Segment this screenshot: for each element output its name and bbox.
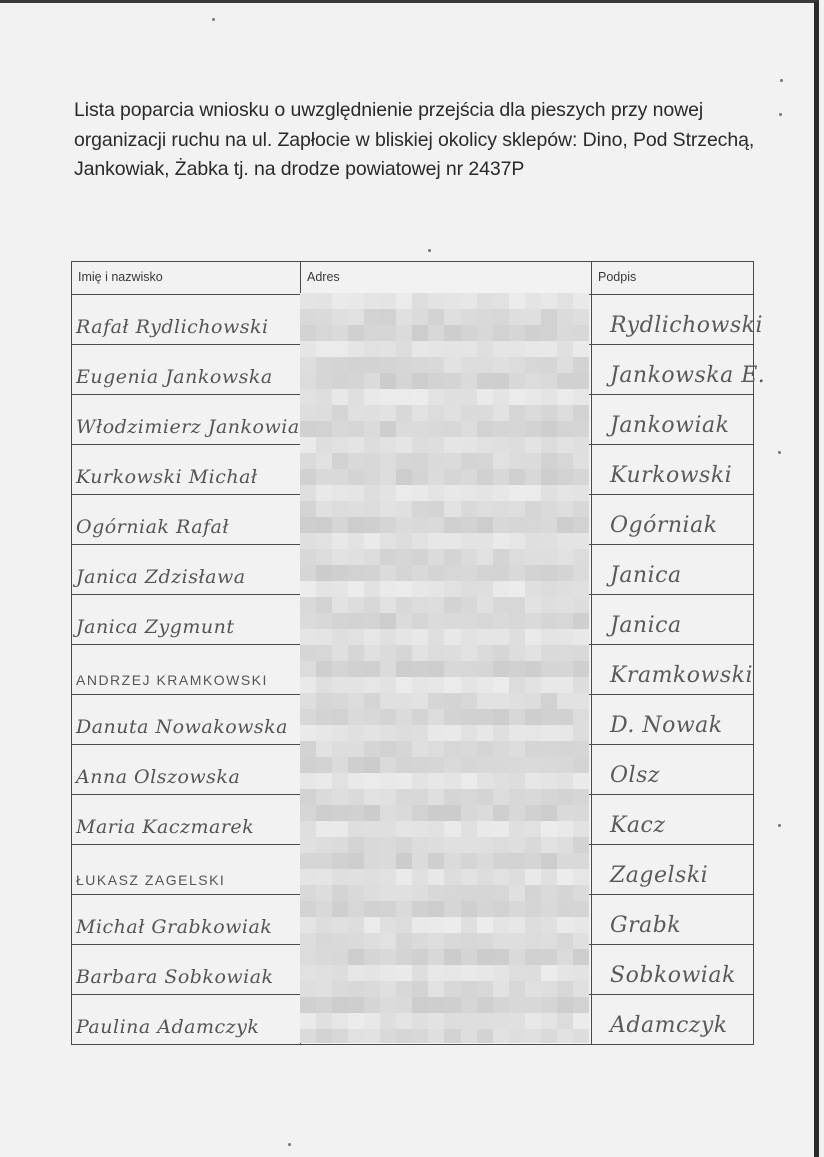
handwritten-name: Eugenia Jankowska: [76, 366, 273, 388]
signature-cell: Jankowiak: [592, 395, 753, 444]
signature-cell: Adamczyk: [592, 995, 753, 1044]
handwritten-signature: Kacz: [610, 813, 665, 838]
signature-cell: Grabk: [592, 895, 753, 944]
handwritten-name: Danuta Nowakowska: [76, 716, 288, 738]
header-name-label: Imię i nazwisko: [78, 270, 163, 284]
handwritten-name: Kurkowski Michał: [76, 466, 258, 488]
name-cell: Anna Olszowska: [72, 745, 301, 794]
name-cell: Barbara Sobkowiak: [72, 945, 301, 994]
signature-cell: Kurkowski: [592, 445, 753, 494]
handwritten-signature: Janica: [610, 613, 682, 638]
signature-cell: Sobkowiak: [592, 945, 753, 994]
header-signature-label: Podpis: [598, 270, 636, 284]
name-cell: ŁUKASZ ZAGELSKI: [72, 845, 301, 894]
handwritten-name: Michał Grabkowiak: [76, 916, 272, 938]
handwritten-signature: Kurkowski: [610, 463, 732, 488]
handwritten-signature: Rydlichowski: [610, 313, 763, 338]
scan-speck: [428, 249, 431, 252]
scanned-page: Lista poparcia wniosku o uwzględnienie p…: [0, 0, 819, 1157]
handwritten-signature: Jankowska E.: [610, 363, 765, 388]
handwritten-name: ŁUKASZ ZAGELSKI: [76, 872, 225, 888]
handwritten-name: Ogórniak Rafał: [76, 516, 229, 538]
signature-cell: Janica: [592, 595, 753, 644]
handwritten-signature: Kramkowski: [610, 663, 753, 688]
document-heading: Lista poparcia wniosku o uwzględnienie p…: [74, 96, 764, 185]
name-cell: Kurkowski Michał: [72, 445, 301, 494]
signature-cell: Zagelski: [592, 845, 753, 894]
handwritten-signature: Grabk: [610, 913, 681, 938]
handwritten-signature: Ogórniak: [610, 513, 718, 538]
name-cell: Rafał Rydlichowski: [72, 295, 301, 344]
header-name-cell: Imię i nazwisko: [72, 262, 301, 294]
scan-speck: [780, 79, 783, 82]
scan-speck: [778, 451, 781, 454]
signature-cell: Olsz: [592, 745, 753, 794]
signature-cell: Rydlichowski: [592, 295, 753, 344]
name-cell: Janica Zygmunt: [72, 595, 301, 644]
handwritten-signature: Zagelski: [610, 863, 708, 888]
name-cell: Paulina Adamczyk: [72, 995, 301, 1044]
handwritten-signature: Jankowiak: [610, 413, 730, 438]
name-cell: ANDRZEJ KRAMKOWSKI: [72, 645, 301, 694]
redacted-address-column: [300, 293, 589, 1043]
scan-speck: [778, 824, 781, 827]
name-cell: Michał Grabkowiak: [72, 895, 301, 944]
scan-speck: [288, 1143, 291, 1146]
handwritten-signature: D. Nowak: [610, 713, 723, 738]
handwritten-signature: Janica: [610, 563, 682, 588]
handwritten-name: Rafał Rydlichowski: [76, 316, 269, 338]
header-address-label: Adres: [307, 270, 340, 284]
name-cell: Danuta Nowakowska: [72, 695, 301, 744]
handwritten-name: ANDRZEJ KRAMKOWSKI: [76, 672, 268, 688]
handwritten-name: Włodzimierz Jankowiak: [76, 416, 312, 438]
handwritten-name: Janica Zdzisława: [76, 566, 246, 588]
scan-speck: [212, 18, 215, 21]
handwritten-name: Paulina Adamczyk: [76, 1016, 259, 1038]
signature-cell: Janica: [592, 545, 753, 594]
scan-speck: [779, 113, 782, 116]
handwritten-signature: Sobkowiak: [610, 963, 736, 988]
handwritten-name: Janica Zygmunt: [76, 616, 235, 638]
signature-cell: Kramkowski: [592, 645, 753, 694]
handwritten-signature: Olsz: [610, 763, 660, 788]
name-cell: Eugenia Jankowska: [72, 345, 301, 394]
signature-cell: Kacz: [592, 795, 753, 844]
name-cell: Włodzimierz Jankowiak: [72, 395, 301, 444]
name-cell: Maria Kaczmarek: [72, 795, 301, 844]
handwritten-name: Maria Kaczmarek: [76, 816, 254, 838]
name-cell: Janica Zdzisława: [72, 545, 301, 594]
name-cell: Ogórniak Rafał: [72, 495, 301, 544]
header-signature-cell: Podpis: [592, 262, 753, 294]
table-header-row: Imię i nazwisko Adres Podpis: [72, 262, 753, 294]
signature-cell: Ogórniak: [592, 495, 753, 544]
handwritten-signature: Adamczyk: [610, 1013, 728, 1038]
signature-cell: Jankowska E.: [592, 345, 753, 394]
signature-cell: D. Nowak: [592, 695, 753, 744]
header-address-cell: Adres: [301, 262, 592, 294]
handwritten-name: Anna Olszowska: [76, 766, 240, 788]
handwritten-name: Barbara Sobkowiak: [76, 966, 274, 988]
